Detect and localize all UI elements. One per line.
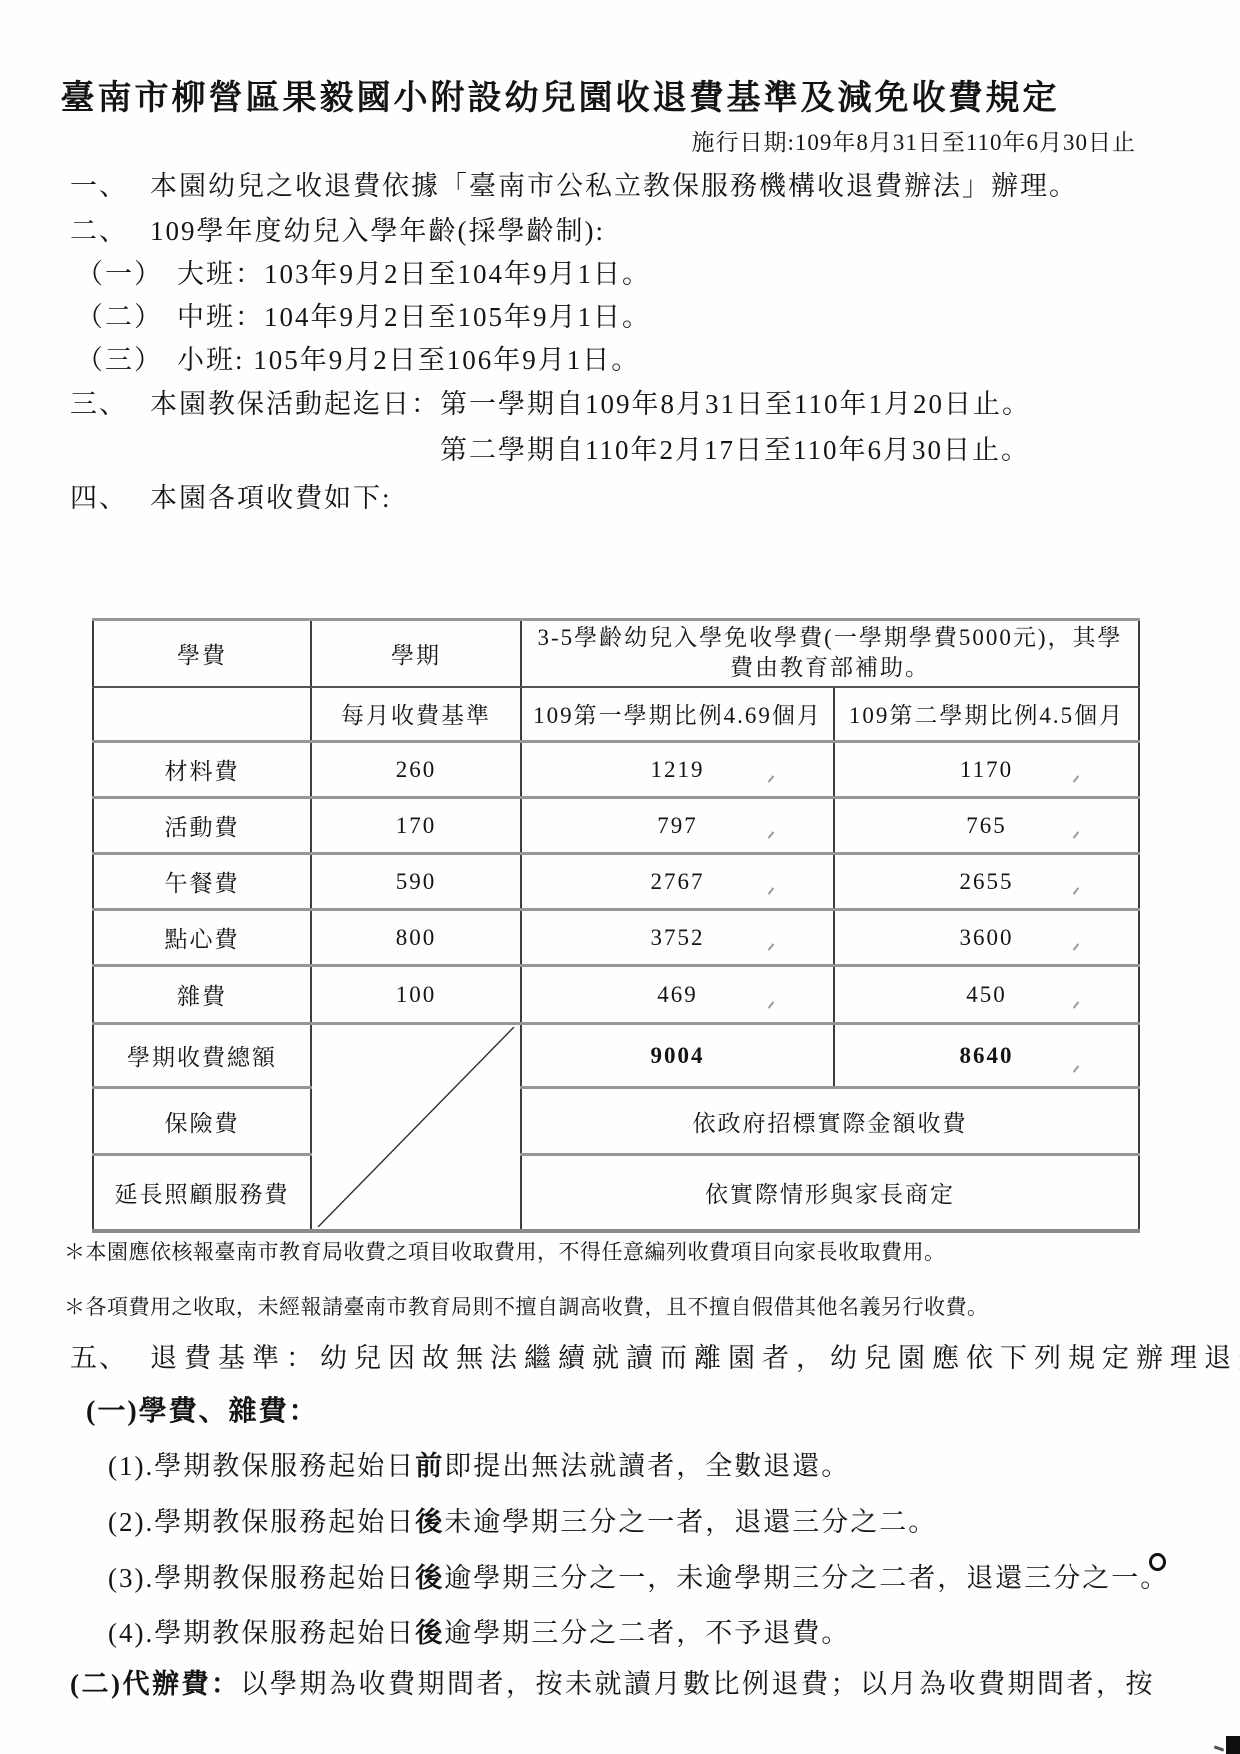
header-tuition: 學費 (93, 620, 311, 687)
rule-bold: 後 (415, 1618, 444, 1648)
fee-sem1: 797 (521, 798, 834, 854)
item-4-marker: 四、 (70, 476, 128, 515)
table-row-lunch: 午餐費 590 2767 2655 (93, 854, 1139, 910)
item-2-sub-2: （二）中班：104年9月2日至105年9月1日。 (76, 295, 651, 334)
rule-num: (1). (108, 1451, 154, 1481)
fee-sem1: 469 (521, 966, 834, 1024)
fee-sem2: 1170 (834, 742, 1139, 798)
total-sem1: 9004 (521, 1024, 834, 1088)
table-row-misc: 雜費 100 469 450 (93, 966, 1139, 1024)
item-5-text: 退費基準：幼兒因故無法繼續就讀而離園者，幼兒園應依下列規定辦理退費 (150, 1343, 1240, 1373)
rule-post: 未逾學期三分之一者，退還三分之二。 (444, 1507, 937, 1537)
table-row-extended-care: 延長照顧服務費 依實際情形與家長商定 (93, 1154, 1139, 1231)
item-3: 三、本園教保活動起迄日：第一學期自109年8月31日至110年1月20日止。 (70, 382, 1031, 421)
insurance-value: 依政府招標實際金額收費 (521, 1088, 1139, 1154)
refund-sub2-text: 以學期為收費期間者，按未就讀月數比例退費；以月為收費期間者，按 (240, 1669, 1155, 1699)
header-empty-cell (93, 687, 311, 742)
fee-table: 學費 學期 3-5學齡幼兒入學免收學費(一學期學費5000元)，其學費由教育部補… (92, 618, 1140, 1233)
item-2-sub-2-marker: （二） (76, 295, 163, 334)
rule-bold: 後 (415, 1507, 444, 1537)
item-2-text: 109學年度幼兒入學年齡(採學齡制): (150, 216, 605, 246)
fee-monthly: 100 (311, 966, 521, 1024)
fee-label: 午餐費 (93, 854, 311, 910)
fee-monthly: 170 (311, 798, 521, 854)
refund-rule-3: (3).學期教保服務起始日後逾學期三分之一，未逾學期三分之二者，退還三分之一。 (108, 1556, 1169, 1595)
refund-sub2-title: (二)代辦費： (70, 1669, 240, 1699)
header-sem2-ratio: 109第二學期比例4.5個月 (834, 687, 1139, 742)
fee-sem1: 3752 (521, 910, 834, 966)
scan-artifact-corner (1226, 1736, 1240, 1754)
extended-care-label: 延長照顧服務費 (93, 1154, 311, 1231)
rule-post: 即提出無法就讀者，全數退還。 (444, 1451, 850, 1481)
fee-monthly: 260 (311, 742, 521, 798)
item-3-text: 本園教保活動起迄日：第一學期自109年8月31日至110年1月20日止。 (150, 389, 1031, 419)
fee-label: 雜費 (93, 966, 311, 1024)
fee-label: 材料費 (93, 742, 311, 798)
insurance-label: 保險費 (93, 1088, 311, 1154)
fee-sem1: 1219 (521, 742, 834, 798)
item-2-marker: 二、 (70, 209, 128, 248)
fee-sem2: 2655 (834, 854, 1139, 910)
effective-date: 施行日期:109年8月31日至110年6月30日止 (691, 124, 1136, 157)
fee-monthly: 590 (311, 854, 521, 910)
table-header-row-1: 學費 學期 3-5學齡幼兒入學免收學費(一學期學費5000元)，其學費由教育部補… (93, 620, 1139, 687)
rule-pre: 學期教保服務起始日 (154, 1507, 415, 1537)
scan-artifact-dot (1149, 1553, 1166, 1571)
item-4-text: 本園各項收費如下: (150, 483, 392, 513)
fee-sem2: 765 (834, 798, 1139, 854)
header-sem1-ratio: 109第一學期比例4.69個月 (521, 687, 834, 742)
rule-pre: 學期教保服務起始日 (154, 1563, 415, 1593)
item-2: 二、109學年度幼兒入學年齡(採學齡制): (70, 209, 605, 248)
item-2-sub-1-text: 大班：103年9月2日至104年9月1日。 (177, 259, 651, 289)
rule-bold: 前 (415, 1451, 444, 1481)
table-row-snack: 點心費 800 3752 3600 (93, 910, 1139, 966)
fee-label: 點心費 (93, 910, 311, 966)
item-1: 一、本園幼兒之收退費依據「臺南市公私立教保服務機構收退費辦法」辦理。 (70, 164, 1078, 203)
refund-sub1-title: (一)學費、雜費： (86, 1389, 319, 1429)
fee-sem2: 3600 (834, 910, 1139, 966)
fee-label: 活動費 (93, 798, 311, 854)
header-monthly-base: 每月收費基準 (311, 687, 521, 742)
fee-sem2: 450 (834, 966, 1139, 1024)
header-semester: 學期 (311, 620, 521, 687)
table-row-semester-total: 學期收費總額 9004 8640 (93, 1024, 1139, 1088)
table-row-activity: 活動費 170 797 765 (93, 798, 1139, 854)
item-2-sub-2-text: 中班：104年9月2日至105年9月1日。 (177, 302, 651, 332)
table-row-insurance: 保險費 依政府招標實際金額收費 (93, 1088, 1139, 1154)
total-label: 學期收費總額 (93, 1024, 311, 1088)
scan-artifact-smudge (1214, 1745, 1224, 1751)
extended-care-value: 依實際情形與家長商定 (521, 1154, 1139, 1231)
rule-num: (4). (108, 1618, 154, 1648)
rule-post: 逾學期三分之一，未逾學期三分之二者，退還三分之一。 (444, 1563, 1169, 1593)
item-1-marker: 一、 (70, 164, 128, 203)
item-1-text: 本園幼兒之收退費依據「臺南市公私立教保服務機構收退費辦法」辦理。 (150, 171, 1078, 201)
note-no-unauthorized-raise: ＊各項費用之收取，未經報請臺南市教育局則不擅自調高收費，且不擅自假借其他名義另行… (64, 1291, 989, 1321)
item-2-sub-3-text: 小班: 105年9月2日至106年9月1日。 (177, 345, 640, 375)
scanned-document-page: 臺南市柳營區果毅國小附設幼兒園收退費基準及減免收費規定 施行日期:109年8月3… (0, 0, 1240, 1754)
table-row-materials: 材料費 260 1219 1170 (93, 742, 1139, 798)
rule-pre: 學期教保服務起始日 (154, 1451, 415, 1481)
refund-sub2: (二)代辦費：以學期為收費期間者，按未就讀月數比例退費；以月為收費期間者，按 (70, 1662, 1155, 1701)
page-title: 臺南市柳營區果毅國小附設幼兒園收退費基準及減免收費規定 (0, 70, 1240, 119)
header-tuition-free-note: 3-5學齡幼兒入學免收學費(一學期學費5000元)，其學費由教育部補助。 (521, 620, 1139, 687)
total-sem2: 8640 (834, 1024, 1139, 1088)
rule-pre: 學期教保服務起始日 (154, 1618, 415, 1648)
refund-rule-1: (1).學期教保服務起始日前即提出無法就讀者，全數退還。 (108, 1444, 850, 1483)
note-approved-items: ＊本園應依核報臺南市教育局收費之項目收取費用，不得任意編列收費項目向家長收取費用… (64, 1236, 946, 1266)
refund-rule-2: (2).學期教保服務起始日後未逾學期三分之一者，退還三分之二。 (108, 1500, 937, 1539)
item-2-sub-3: （三）小班: 105年9月2日至106年9月1日。 (76, 338, 640, 377)
item-4: 四、本園各項收費如下: (70, 476, 392, 515)
refund-rule-4: (4).學期教保服務起始日後逾學期三分之二者，不予退費。 (108, 1611, 850, 1650)
item-5-refund-standard: 五、退費基準：幼兒因故無法繼續就讀而離園者，幼兒園應依下列規定辦理退費 (70, 1336, 1240, 1375)
rule-num: (3). (108, 1563, 154, 1593)
item-2-sub-1-marker: （一） (76, 252, 163, 291)
rule-num: (2). (108, 1507, 154, 1537)
item-3-line2: 第二學期自110年2月17日至110年6月30日止。 (440, 428, 1030, 467)
diagonal-line (316, 1027, 516, 1227)
item-5-marker: 五、 (70, 1336, 128, 1375)
item-2-sub-3-marker: （三） (76, 338, 163, 377)
fee-monthly: 800 (311, 910, 521, 966)
item-2-sub-1: （一）大班：103年9月2日至104年9月1日。 (76, 252, 651, 291)
item-3-marker: 三、 (70, 382, 128, 421)
fee-sem1: 2767 (521, 854, 834, 910)
diagonal-cell (311, 1024, 521, 1232)
rule-bold: 後 (415, 1563, 444, 1593)
rule-post: 逾學期三分之二者，不予退費。 (444, 1618, 850, 1648)
table-header-row-2: 每月收費基準 109第一學期比例4.69個月 109第二學期比例4.5個月 (93, 687, 1139, 742)
